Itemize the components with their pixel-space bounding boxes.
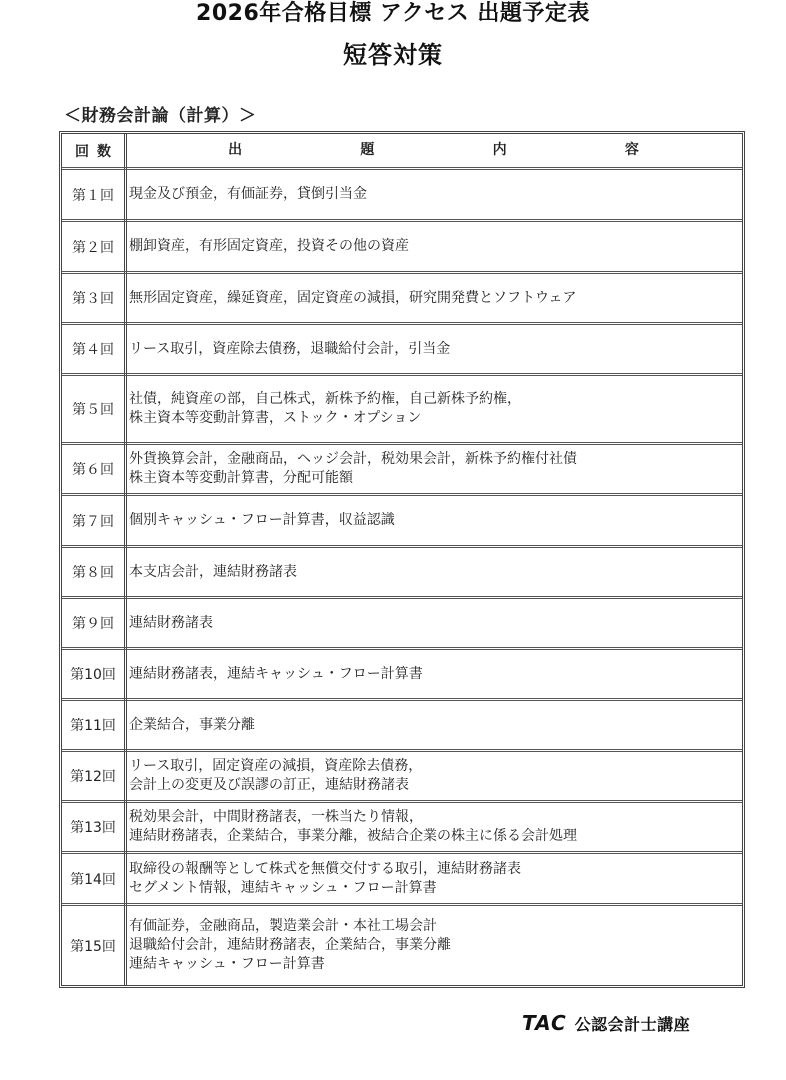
row-content: 連結財務諸表，連結キャッシュ・フロー計算書 [129, 650, 738, 698]
row-content: 税効果会計，中間財務諸表，一株当たり情報， 連結財務諸表，企業結合，事業分離，被… [129, 803, 738, 851]
document-subtitle: 短答対策 [0, 38, 786, 72]
row-text-line: 株主資本等変動計算書，分配可能額 [129, 469, 738, 488]
table-header-row: 回数 出 題 内 容 [62, 134, 742, 167]
row-text-line: 連結財務諸表，企業結合，事業分離，被結合企業の株主に係る会計処理 [129, 827, 738, 846]
row-content: 企業結合，事業分離 [129, 701, 738, 749]
row-content: 現金及び預金，有価証券，貸倒引当金 [129, 170, 738, 219]
table-row: 第５回 社債，純資産の部，自己株式，新株予約権，自己新株予約権， 株主資本等変動… [62, 376, 742, 442]
row-number: 第15回 [62, 906, 124, 985]
row-text-line: 連結財務諸表，連結キャッシュ・フロー計算書 [129, 665, 738, 684]
row-content: 棚卸資産，有形固定資産，投資その他の資産 [129, 222, 738, 271]
table-row: 第13回 税効果会計，中間財務諸表，一株当たり情報， 連結財務諸表，企業結合，事… [62, 803, 742, 851]
row-text-line: 個別キャッシュ・フロー計算書，収益認識 [129, 511, 738, 530]
header-number: 回数 [62, 134, 124, 167]
table-row: 第14回 取締役の報酬等として株式を無償交付する取引，連結財務諸表 セグメント情… [62, 854, 742, 903]
row-number: 第５回 [62, 376, 124, 442]
row-text-line: 企業結合，事業分離 [129, 716, 738, 735]
row-text-line: リース取引，固定資産の減損，資産除去債務， [129, 757, 738, 776]
row-text-line: 取締役の報酬等として株式を無償交付する取引，連結財務諸表 [129, 860, 738, 879]
row-text-line: 外貨換算会計，金融商品，ヘッジ会計，税効果会計，新株予約権付社債 [129, 450, 738, 469]
row-content: 有価証券，金融商品，製造業会計・本社工場会計 退職給付会計，連結財務諸表，企業結… [129, 906, 738, 985]
row-text-line: 棚卸資産，有形固定資産，投資その他の資産 [129, 237, 738, 256]
table-row: 第11回 企業結合，事業分離 [62, 701, 742, 749]
header-char: 内 [493, 141, 507, 160]
row-content: リース取引，固定資産の減損，資産除去債務， 会計上の変更及び誤謬の訂正，連結財務… [129, 752, 738, 800]
row-number: 第１回 [62, 170, 124, 219]
row-text-line: 社債，純資産の部，自己株式，新株予約権，自己新株予約権， [129, 390, 738, 409]
row-number: 第８回 [62, 548, 124, 596]
row-text-line: 退職給付会計，連結財務諸表，企業結合，事業分離 [129, 936, 738, 955]
footer-brand: TAC 公認会計士講座 [522, 1011, 690, 1035]
row-number: 第12回 [62, 752, 124, 800]
table-row: 第12回 リース取引，固定資産の減損，資産除去債務， 会計上の変更及び誤謬の訂正… [62, 752, 742, 800]
row-content: 個別キャッシュ・フロー計算書，収益認識 [129, 496, 738, 545]
row-number: 第13回 [62, 803, 124, 851]
row-content: リース取引，資産除去債務，退職給付会計，引当金 [129, 325, 738, 373]
header-char: 題 [360, 141, 374, 160]
table-row: 第７回 個別キャッシュ・フロー計算書，収益認識 [62, 496, 742, 545]
table-row: 第６回 外貨換算会計，金融商品，ヘッジ会計，税効果会計，新株予約権付社債 株主資… [62, 445, 742, 493]
row-number: 第６回 [62, 445, 124, 493]
table-row: 第１回 現金及び預金，有価証券，貸倒引当金 [62, 170, 742, 219]
row-number: 第７回 [62, 496, 124, 545]
table-row: 第３回 無形固定資産，繰延資産，固定資産の減損，研究開発費とソフトウェア [62, 274, 742, 322]
row-content: 連結財務諸表 [129, 599, 738, 647]
row-number: 第３回 [62, 274, 124, 322]
row-text-line: 税効果会計，中間財務諸表，一株当たり情報， [129, 808, 738, 827]
row-content: 本支店会計，連結財務諸表 [129, 548, 738, 596]
header-content: 出 題 内 容 [129, 134, 738, 167]
header-char: 出 [228, 141, 242, 160]
row-number: 第４回 [62, 325, 124, 373]
row-text-line: 有価証券，金融商品，製造業会計・本社工場会計 [129, 917, 738, 936]
row-number: 第10回 [62, 650, 124, 698]
header-char: 容 [625, 141, 639, 160]
section-label: ＜財務会計論（計算）＞ [64, 104, 257, 128]
table-row: 第10回 連結財務諸表，連結キャッシュ・フロー計算書 [62, 650, 742, 698]
row-text-line: 連結キャッシュ・フロー計算書 [129, 955, 738, 974]
table-row: 第15回 有価証券，金融商品，製造業会計・本社工場会計 退職給付会計，連結財務諸… [62, 906, 742, 985]
row-text-line: セグメント情報，連結キャッシュ・フロー計算書 [129, 879, 738, 898]
row-text-line: 会計上の変更及び誤謬の訂正，連結財務諸表 [129, 776, 738, 795]
row-number: 第２回 [62, 222, 124, 271]
table-row: 第９回 連結財務諸表 [62, 599, 742, 647]
row-number: 第11回 [62, 701, 124, 749]
brand-name: 公認会計士講座 [575, 1012, 691, 1035]
row-text-line: 本支店会計，連結財務諸表 [129, 563, 738, 582]
row-text-line: 連結財務諸表 [129, 614, 738, 633]
row-content: 社債，純資産の部，自己株式，新株予約権，自己新株予約権， 株主資本等変動計算書，… [129, 376, 738, 442]
table-row: 第２回 棚卸資産，有形固定資産，投資その他の資産 [62, 222, 742, 271]
schedule-table: 回数 出 題 内 容 第１回 現金及び預金，有価証券，貸倒引当金 第２回 棚卸資… [59, 131, 745, 988]
row-text-line: 株主資本等変動計算書，ストック・オプション [129, 409, 738, 428]
table-row: 第８回 本支店会計，連結財務諸表 [62, 548, 742, 596]
document-title: 2026年合格目標 アクセス 出題予定表 [0, 0, 786, 28]
row-text-line: リース取引，資産除去債務，退職給付会計，引当金 [129, 340, 738, 359]
row-content: 外貨換算会計，金融商品，ヘッジ会計，税効果会計，新株予約権付社債 株主資本等変動… [129, 445, 738, 493]
row-number: 第14回 [62, 854, 124, 903]
row-number: 第９回 [62, 599, 124, 647]
row-text-line: 現金及び預金，有価証券，貸倒引当金 [129, 185, 738, 204]
row-content: 取締役の報酬等として株式を無償交付する取引，連結財務諸表 セグメント情報，連結キ… [129, 854, 738, 903]
tac-logo: TAC [522, 1011, 567, 1035]
table-row: 第４回 リース取引，資産除去債務，退職給付会計，引当金 [62, 325, 742, 373]
row-content: 無形固定資産，繰延資産，固定資産の減損，研究開発費とソフトウェア [129, 274, 738, 322]
row-text-line: 無形固定資産，繰延資産，固定資産の減損，研究開発費とソフトウェア [129, 289, 738, 308]
